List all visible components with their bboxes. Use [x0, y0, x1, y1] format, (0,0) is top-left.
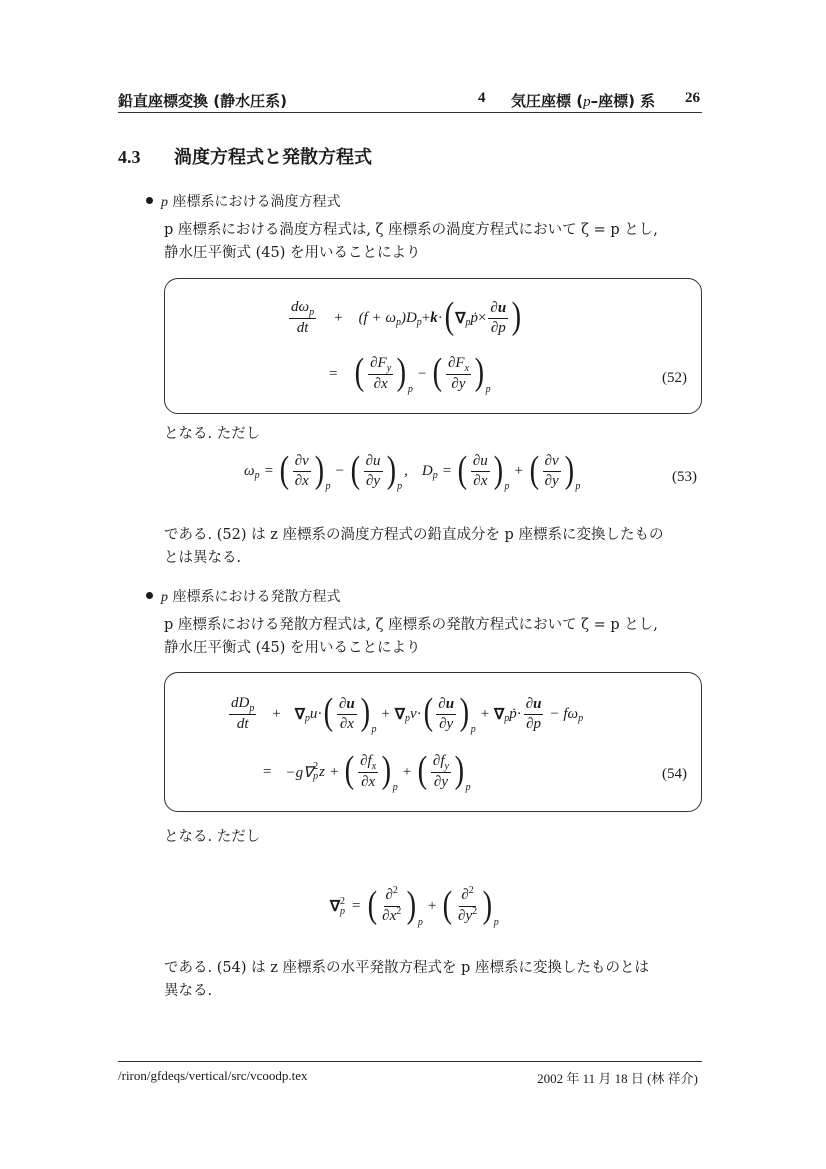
source-path: /riron/gfdeqs/vertical/src/vcoodp.tex: [118, 1068, 308, 1084]
equation-52-line2: = (∂Fy∂x)p − (∂Fx∂y)p: [329, 355, 491, 393]
page-header: 鉛直座標変換 (静水圧系) 4 気圧座標 (p–座標) 系 26: [118, 88, 702, 113]
equation-number-53: (53): [672, 469, 697, 486]
header-section-title: 気圧座標 (p–座標) 系: [511, 90, 655, 111]
bullet-icon: [146, 197, 153, 204]
equation-53: ωp = (∂v∂x)p − (∂u∂y)p , Dp = (∂u∂x)p + …: [244, 453, 580, 490]
vorticity-intro: p 座標系における渦度方程式は, ζ 座標系の渦度方程式において ζ = p と…: [164, 219, 704, 265]
page-footer: /riron/gfdeqs/vertical/src/vcoodp.tex 20…: [118, 1061, 702, 1086]
divergence-intro: p 座標系における発散方程式は, ζ 座標系の発散方程式において ζ = p と…: [164, 614, 704, 660]
vorticity-remark: である. (52) は z 座標系の渦度方程式の鉛直成分を p 座標系に変換した…: [164, 524, 709, 570]
vorticity-after-eq: となる. ただし: [164, 423, 704, 446]
header-section-number: 4: [478, 90, 486, 107]
equation-54-line2: = −g∇2pz + (∂fx∂x)p + (∂fy∂y)p: [263, 753, 471, 791]
equation-box-54: dDpdt + ∇pu · (∂u∂x)p + ∇pv · (∂u∂y)p + …: [164, 672, 702, 812]
equation-number-54: (54): [662, 766, 687, 783]
date-author: 2002 年 11 月 18 日 (林 祥介): [537, 1068, 698, 1087]
equation-laplacian: ∇2p = (∂2∂x2)p + (∂2∂y2)p: [330, 887, 499, 926]
bullet-divergence: p 座標系における発散方程式: [146, 586, 340, 606]
divergence-remark: である. (54) は z 座標系の水平発散方程式を p 座標系に変換したものと…: [164, 957, 709, 1003]
divergence-after-eq: となる. ただし: [164, 826, 704, 849]
equation-box-52: dωpdt + (f + ωp)Dp + k · ( ∇pṗ × ∂u∂p ) …: [164, 278, 702, 414]
bullet-vorticity: p 座標系における渦度方程式: [146, 191, 340, 211]
running-title: 鉛直座標変換 (静水圧系): [118, 90, 287, 111]
equation-52-line1: dωpdt + (f + ωp)Dp + k · ( ∇pṗ × ∂u∂p ): [287, 299, 523, 337]
bullet-icon: [146, 592, 153, 599]
equation-54-line1: dDpdt + ∇pu · (∂u∂x)p + ∇pv · (∂u∂y)p + …: [227, 695, 583, 733]
page-number: 26: [685, 90, 700, 107]
equation-number-52: (52): [662, 370, 687, 387]
section-title: 渦度方程式と発散方程式: [174, 147, 372, 168]
section-number: 4.3: [118, 147, 174, 168]
section-heading: 4.3渦度方程式と発散方程式: [118, 143, 372, 169]
